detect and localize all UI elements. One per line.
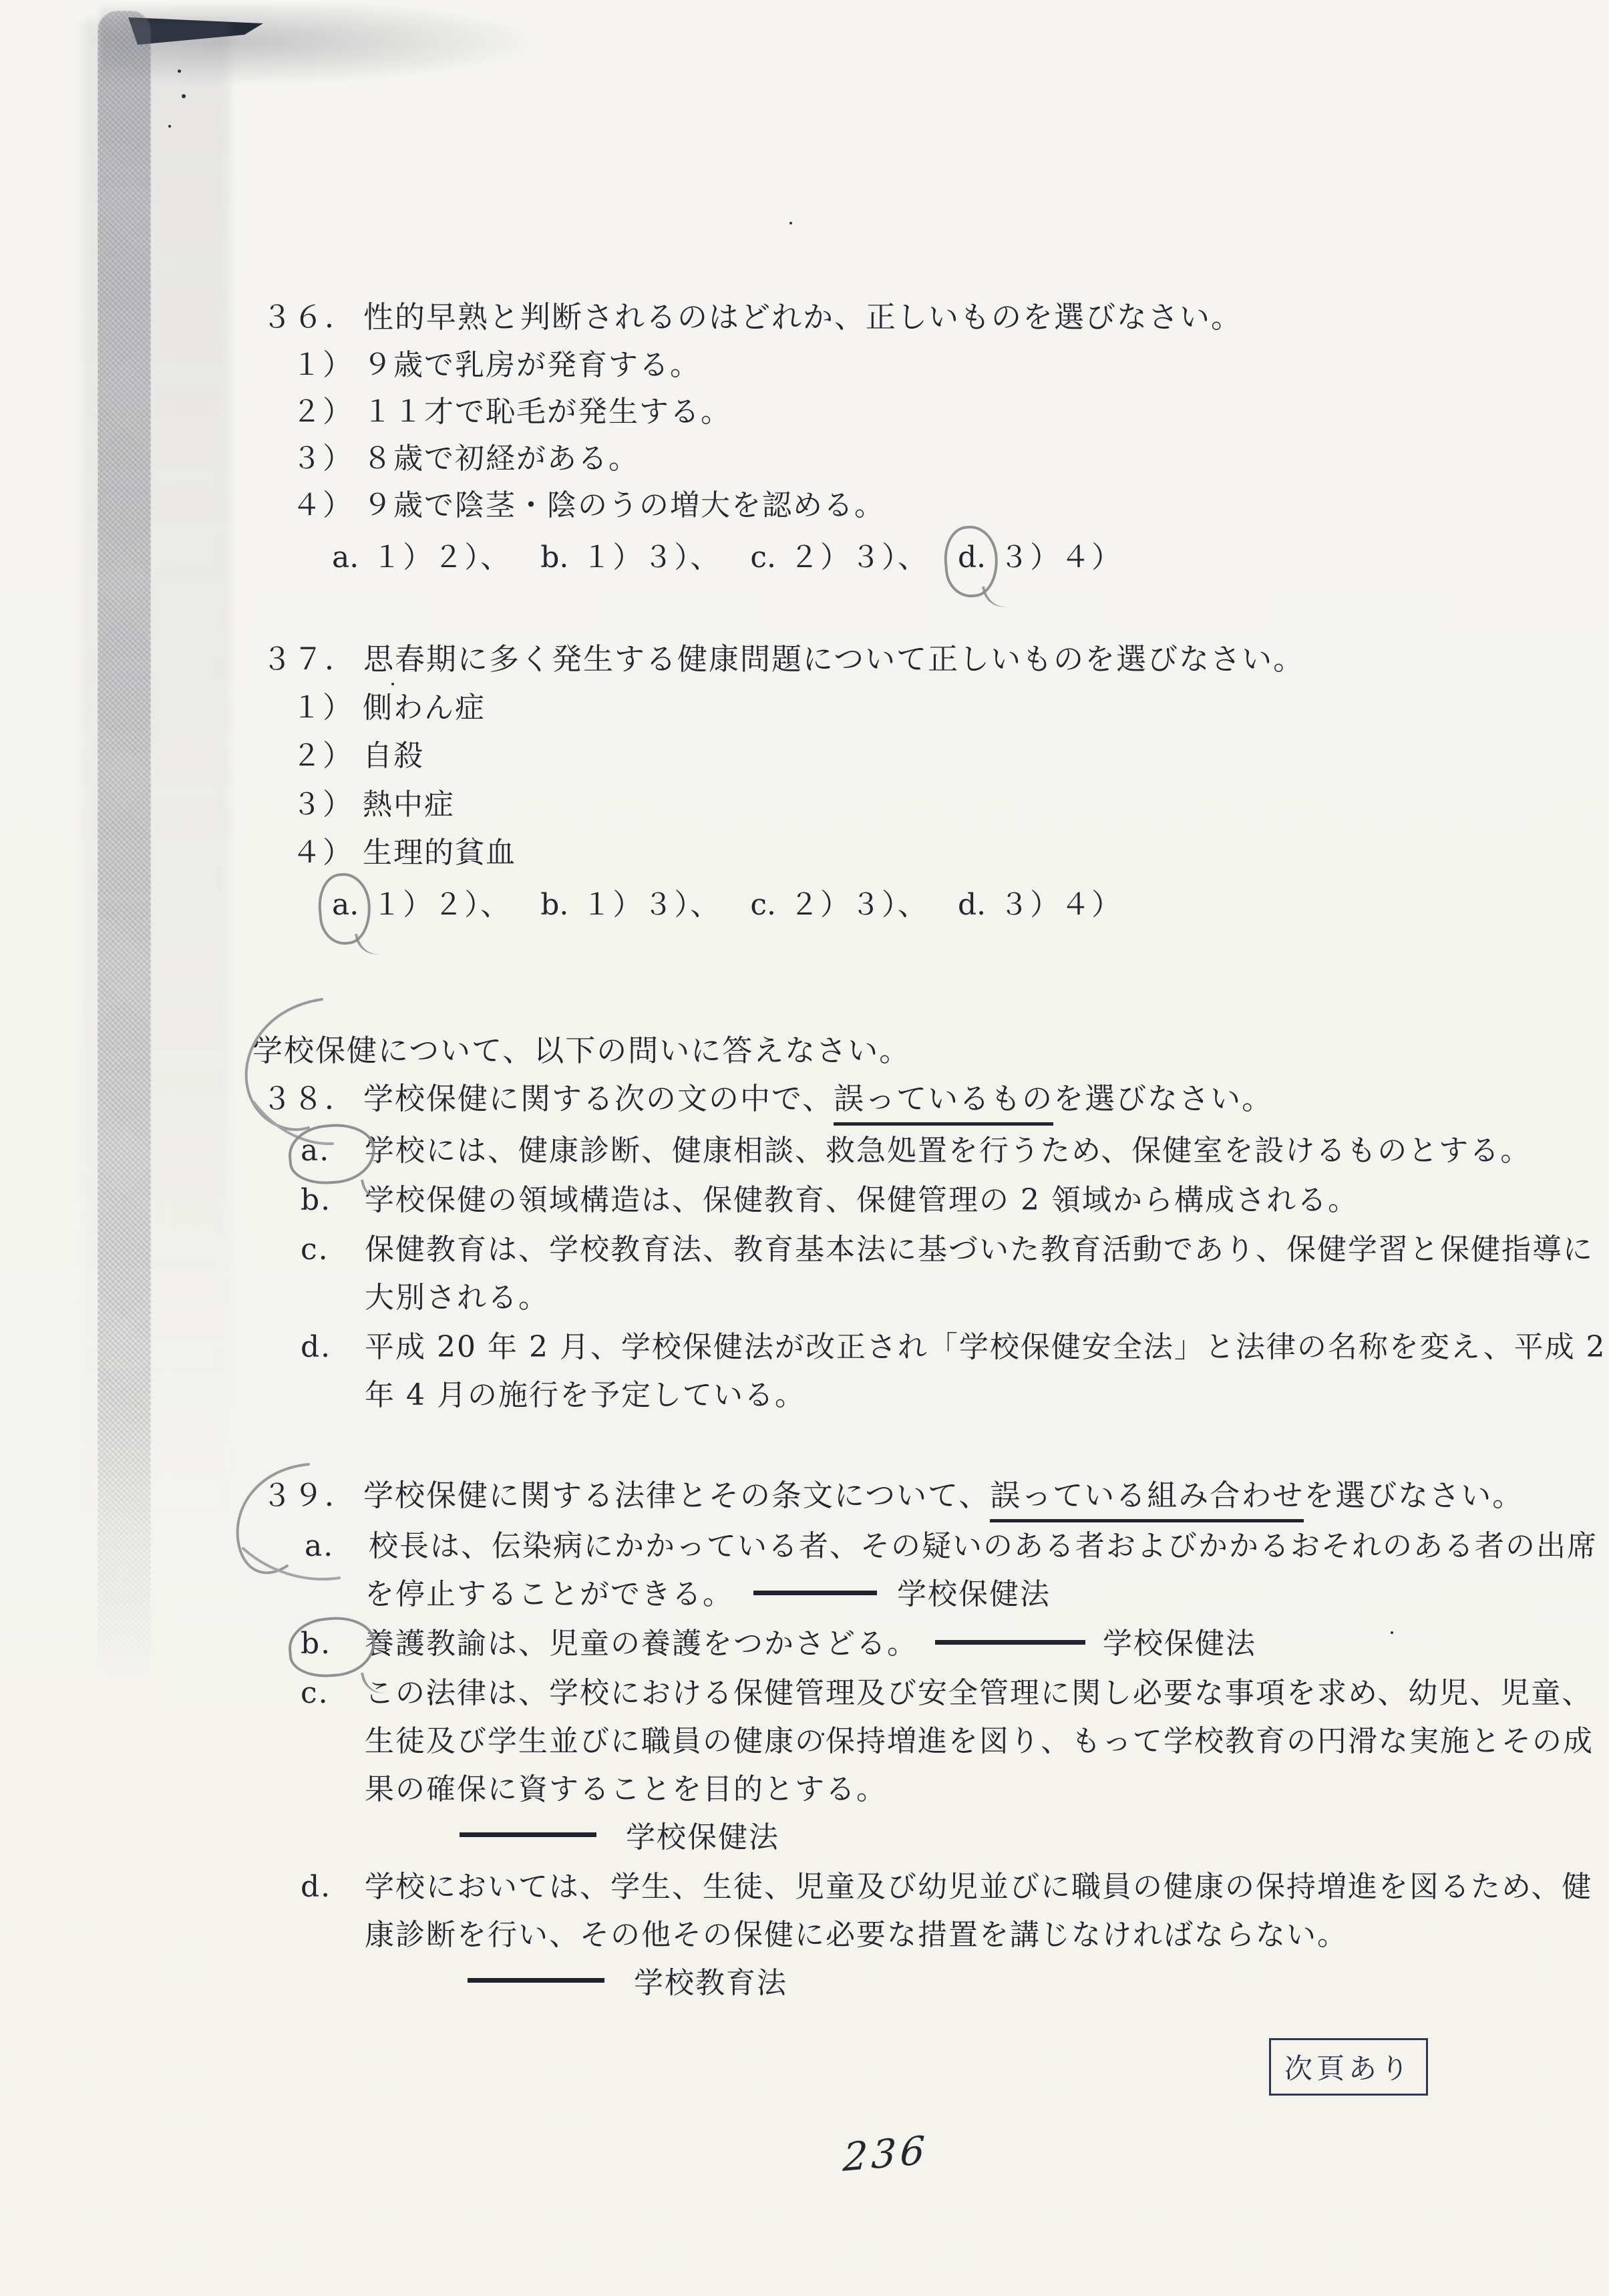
section-heading: 学校保健について、以下の問いに答えなさい。 [252,1026,910,1070]
answer-pair: １）３）、 [582,880,721,923]
statement-a: a.学校には、健康診断、健康相談、救急処置を行うため、保健室を設けるものとする。 [301,1126,1531,1169]
statement-label-a-circled: a. [301,1134,365,1168]
option-text: 生理的貧血 [363,836,516,870]
question-37-header: ３７．思春期に多く発生する健康問題について正しいものを選びなさい。 [262,635,1304,678]
answer-label-c: c. [750,888,776,922]
option-label: ３） [292,780,353,823]
option-label: ２） [292,731,353,774]
option-3: ３）８歳で初経がある。 [292,434,639,477]
option-label: １） [292,341,353,383]
option-text: ９歳で乳房が発育する。 [363,348,701,382]
statement-text: 養護教諭は、児童の養護をつかさどる。 [365,1627,918,1661]
option-3: ３）熱中症 [292,780,455,823]
statement-c: c.保健教育は、学校教育法、教育基本法に基づいた教育活動であり、保健学習と保健指… [301,1225,1594,1268]
statement-c-line2: 生徒及び学生並びに職員の健康の保持増進を図り、もって学校教育の円滑な実施とその成 [365,1717,1594,1760]
statement-c-line3: 果の確保に資することを目的とする。 [365,1765,887,1808]
option-text: ８歳で初経がある。 [363,442,639,476]
dash-line [935,1640,1085,1645]
law-name: 学校保健法 [897,1577,1051,1611]
question-number: ３６． [262,293,363,336]
option-label: ２） [292,387,353,430]
statement-c-line2: 大別される。 [365,1273,549,1316]
option-label: ４） [292,481,353,524]
answer-row: a.１）２）、 b.１）３）、 c.２）３）、 d.３）４） [332,533,1151,576]
answer-row: a.１）２）、 b.１）３）、 c.２）３）、 d.３）４） [332,880,1151,923]
statement-label-b-circled: b. [301,1627,365,1661]
document-body: ３６．性的早熟と判断されるのはどれか、正しいものを選びなさい。 １）９歳で乳房が… [0,0,1609,2296]
option-1: １）９歳で乳房が発育する。 [292,341,701,383]
next-page-box: 次頁あり [1269,2038,1428,2096]
law-name: 学校保健法 [626,1813,779,1856]
answer-pair: １）２）、 [372,880,511,923]
option-4: ４）９歳で陰茎・陰のうの増大を認める。 [292,481,885,524]
question-title: 性的早熟と判断されるのはどれか、正しいものを選びなさい。 [363,299,1242,335]
dash-line [753,1591,877,1595]
option-text: １１才で恥毛が発生する。 [363,395,731,429]
statement-d-line2: 年 4 月の施行を予定している。 [365,1371,806,1414]
statement-label-c: c. [301,1233,365,1267]
answer-pair: １）３）、 [582,533,721,576]
answer-pair: ２）３）、 [789,533,928,576]
option-4: ４）生理的貧血 [292,828,516,871]
statement-label-b: b. [301,1183,365,1217]
statement-d: d.学校においては、学生、生徒、児童及び幼児並びに職員の健康の保持増進を図るため… [301,1862,1592,1905]
statement-label-d: d. [301,1870,365,1904]
statement-label-d: d. [301,1330,365,1364]
option-2: ２）１１才で恥毛が発生する。 [292,387,731,430]
answer-label-b: b. [540,540,568,575]
answer-label-a: a. [332,540,359,575]
option-label: ４） [292,828,353,871]
statement-text: 平成 20 年 2 月、学校保健法が改正され「学校保健安全法」と法律の名称を変え… [365,1330,1609,1364]
answer-label-b: b. [540,888,568,922]
law-name: 学校保健法 [1103,1627,1256,1661]
statement-text: 保健教育は、学校教育法、教育基本法に基づいた教育活動であり、保健学習と保健指導に [365,1233,1594,1267]
question-title: 思春期に多く発生する健康問題について正しいものを選びなさい。 [363,641,1304,677]
option-2: ２）自殺 [292,731,424,774]
statement-b: b.学校保健の領域構造は、保健教育、保健管理の 2 領域から構成される。 [301,1176,1359,1218]
answer-pair: ３）４） [999,880,1122,923]
statement-text: 学校保健の領域構造は、保健教育、保健管理の 2 領域から構成される。 [365,1183,1359,1217]
scanned-exam-page: ３６．性的早熟と判断されるのはどれか、正しいものを選びなさい。 １）９歳で乳房が… [0,0,1609,2296]
statement-text: を停止することができる。 [365,1577,733,1611]
dash-line [460,1832,596,1837]
question-title-prefix: 学校保健に関する法律とその条文について、 [363,1478,990,1513]
statement-a-line2: を停止することができる。学校保健法 [365,1570,1051,1613]
statement-label-a: a. [305,1529,369,1563]
statement-text: 校長は、伝染病にかかっている者、その疑いのある者およびかかるおそれのある者の出席 [369,1529,1598,1563]
option-text: ９歳で陰茎・陰のうの増大を認める。 [363,488,885,522]
statement-d-line2: 康診断を行い、その他その保健に必要な措置を講じなければならない。 [365,1911,1348,1953]
answer-pair: ２）３）、 [789,880,928,923]
answer-label-c: c. [750,540,776,575]
option-label: ３） [292,434,353,477]
statement-d: d.平成 20 年 2 月、学校保健法が改正され「学校保健安全法」と法律の名称を… [301,1323,1609,1365]
underlined-phrase: 誤っている組み合わせ [990,1478,1304,1522]
dash-line [468,1978,604,1983]
statement-text: 学校においては、学生、生徒、児童及び幼児並びに職員の健康の保持増進を図るため、健 [365,1870,1592,1904]
question-36-header: ３６．性的早熟と判断されるのはどれか、正しいものを選びなさい。 [262,293,1242,336]
statement-c-law: 学校保健法 [460,1813,779,1856]
question-number: ３７． [262,635,363,678]
option-text: 側わん症 [363,691,486,725]
question-39-header: ３９．学校保健に関する法律とその条文について、誤っている組み合わせを選びなさい。 [262,1471,1524,1514]
statement-b: b.養護教諭は、児童の養護をつかさどる。学校保健法 [301,1619,1256,1662]
option-1: １）側わん症 [292,683,486,726]
underlined-phrase: 誤っているもの [834,1081,1053,1126]
question-title-prefix: 学校保健に関する次の文の中で、 [363,1081,834,1116]
statement-text: 学校には、健康診断、健康相談、救急処置を行うため、保健室を設けるものとする。 [365,1134,1531,1168]
option-text: 熱中症 [363,788,455,822]
statement-text: この法律は、学校における保健管理及び安全管理に関し必要な事項を求め、幼児、児童、 [365,1676,1592,1710]
law-name: 学校教育法 [634,1959,787,2001]
answer-label-a-circled: a. [332,888,359,922]
option-text: 自殺 [363,739,424,773]
statement-a: a.校長は、伝染病にかかっている者、その疑いのある者およびかかるおそれのある者の… [305,1522,1598,1565]
answer-pair: ３）４） [999,533,1122,576]
statement-c: c.この法律は、学校における保健管理及び安全管理に関し必要な事項を求め、幼児、児… [301,1669,1592,1711]
answer-label-d: d. [958,888,986,922]
question-number: ３８． [262,1074,363,1118]
option-label: １） [292,683,353,726]
question-38-header: ３８．学校保健に関する次の文の中で、誤っているものを選びなさい。 [262,1074,1273,1118]
answer-pair: １）２）、 [372,533,511,576]
statement-d-law: 学校教育法 [468,1959,787,2001]
question-title-suffix: を選びなさい。 [1304,1478,1524,1513]
handwritten-page-number: 236 [842,2127,930,2180]
question-number: ３９． [262,1471,363,1514]
answer-label-d-circled: d. [958,540,986,575]
question-title-suffix: を選びなさい。 [1053,1081,1273,1116]
statement-label-c: c. [301,1676,365,1710]
